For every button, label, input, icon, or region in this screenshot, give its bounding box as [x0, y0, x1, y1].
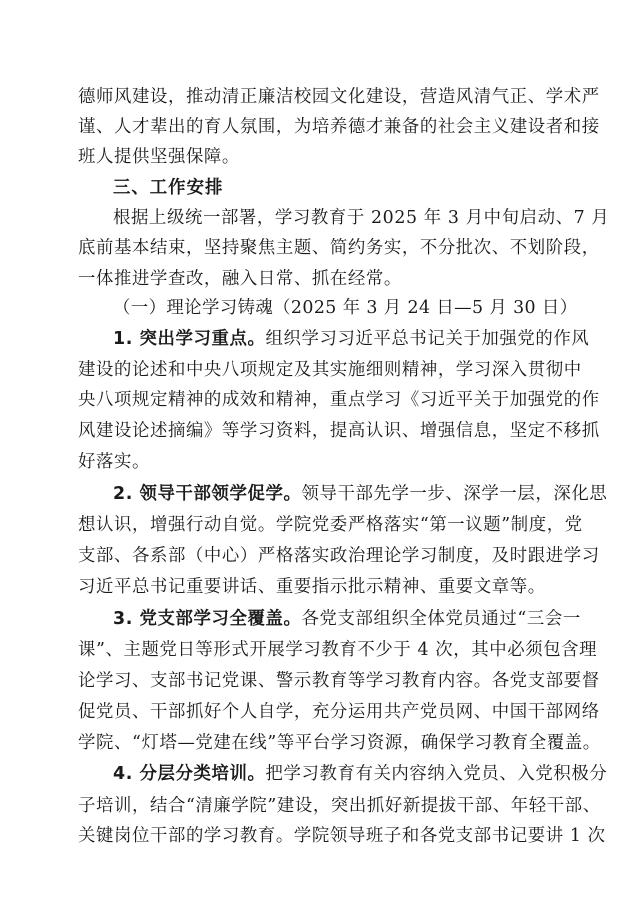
- body-text-line: 学院、“灯塔—党建在线”等平台学习资源，确保学习教育全覆盖。: [78, 728, 564, 759]
- body-text-line: 底前基本结束，坚持聚焦主题、简约务实，不分批次、不划阶段，: [78, 233, 564, 264]
- body-text-line: 德师风建设，推动清正廉洁校园文化建设，营造风清气正、学术严: [78, 82, 564, 113]
- body-text-line: 好落实。: [78, 447, 564, 478]
- item-text: 把学习教育有关内容纳入党员、入党积极分: [266, 764, 608, 784]
- body-text-line: 想认识，增强行动自觉。学院党委严格落实“第一议题”制度，党: [78, 510, 564, 541]
- body-text-line: 支部、各系部（中心）严格落实政治理论学习制度，及时跟进学习: [78, 541, 564, 572]
- item-title: 3. 党支部学习全覆盖。: [113, 609, 301, 629]
- body-text-line: 一体推进学查改，融入日常、抓在经常。: [78, 264, 564, 295]
- item-first-line: 1. 突出学习重点。组织学习习近平总书记关于加强党的作风: [113, 324, 564, 355]
- item-first-line: 2. 领导干部领学促学。领导干部先学一步、深学一层，深化思: [113, 479, 564, 510]
- document-page: 德师风建设，推动清正廉洁校园文化建设，营造风清气正、学术严 谨、人才辈出的育人氛…: [0, 0, 639, 905]
- body-text-line: 谨、人才辈出的育人氛围，为培养德才兼备的社会主义建设者和接: [78, 112, 564, 143]
- body-text-line: 论学习、支部书记党课、警示教育等学习教育内容。各党支部要督: [78, 666, 564, 697]
- item-title: 1. 突出学习重点。: [113, 329, 266, 349]
- body-text-line: 建设的论述和中央八项规定及其实施细则精神，学习深入贯彻中: [78, 355, 564, 386]
- body-text-line: 课”、主题党日等形式开展学习教育不少于 4 次，其中必须包含理: [78, 635, 564, 666]
- body-text-line: 班人提供坚强保障。: [78, 142, 564, 173]
- item-first-line: 3. 党支部学习全覆盖。各党支部组织全体党员通过“三会一: [113, 604, 564, 635]
- item-text: 组织学习习近平总书记关于加强党的作风: [266, 329, 590, 349]
- body-text-line: 促党员、干部抓好个人自学，充分运用共产党员网、中国干部网络: [78, 697, 564, 728]
- body-text-line: 风建设论述摘编》等学习资料，提高认识、增强信息，坚定不移抓: [78, 416, 564, 447]
- item-title: 2. 领导干部领学促学。: [113, 484, 301, 504]
- body-text-line: 关键岗位干部的学习教育。学院领导班子和各党支部书记要讲 1 次: [78, 821, 564, 852]
- body-text-line: 习近平总书记重要讲话、重要指示批示精神、重要文章等。: [78, 572, 564, 603]
- subsection-heading: （一）理论学习铸魂（2025 年 3 月 24 日—5 月 30 日）: [113, 293, 564, 324]
- section-heading: 三、工作安排: [113, 173, 599, 204]
- item-first-line: 4. 分层分类培训。把学习教育有关内容纳入党员、入党积极分: [113, 759, 564, 790]
- item-title: 4. 分层分类培训。: [113, 764, 266, 784]
- body-text-line: 央八项规定精神的成效和精神，重点学习《习近平关于加强党的作: [78, 385, 564, 416]
- body-text-line: 根据上级统一部署，学习教育于 2025 年 3 月中旬启动、7 月: [113, 203, 564, 234]
- item-text: 领导干部先学一步、深学一层，深化思: [301, 484, 607, 504]
- body-text-line: 子培训，结合“清廉学院”建设，突出抓好新提拔干部、年轻干部、: [78, 791, 564, 822]
- item-text: 各党支部组织全体党员通过“三会一: [301, 609, 580, 629]
